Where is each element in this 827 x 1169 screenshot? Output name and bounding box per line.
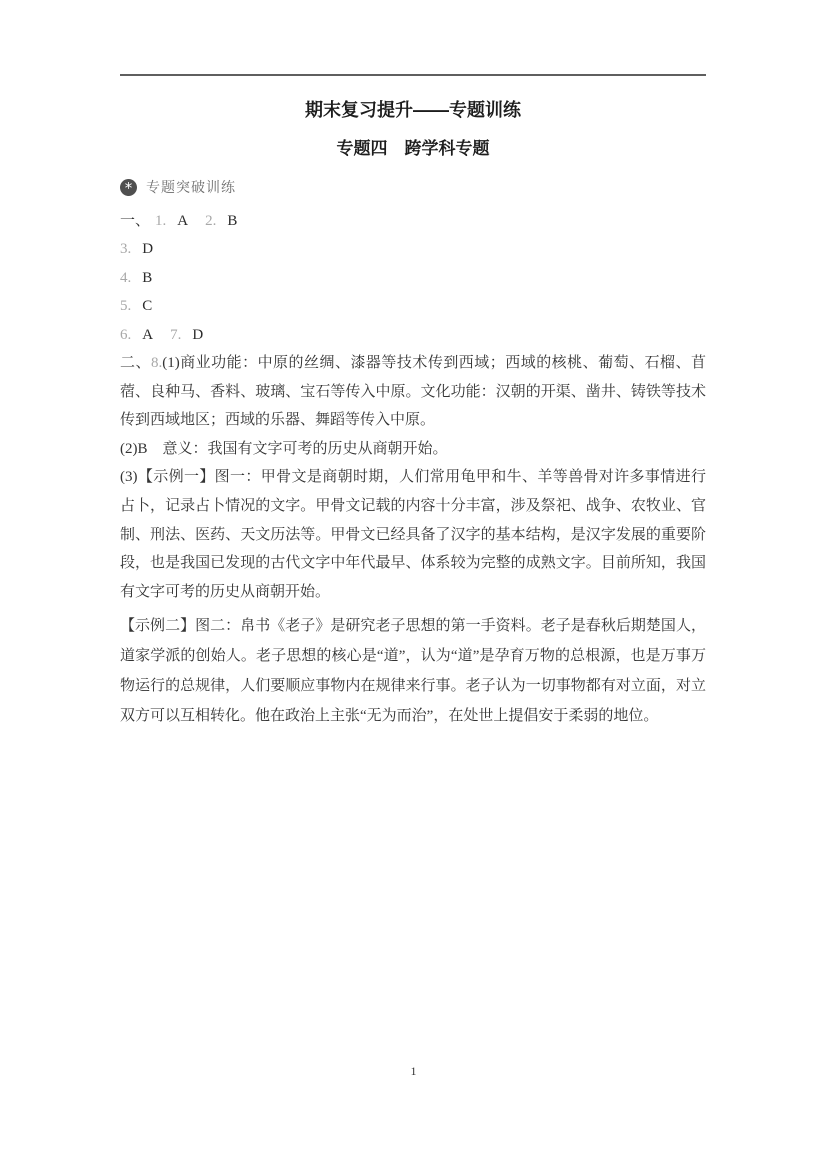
question-number: 4.	[120, 270, 131, 286]
answer-text: (1)商业功能：中原的丝绸、漆器等技术传到西域；西域的核桃、葡萄、石榴、苜蓿、良…	[120, 355, 706, 428]
answer-row: 4.B	[120, 264, 706, 292]
answer-group-prefix: 一、	[120, 213, 150, 229]
document-page: 期末复习提升——专题训练 专题四 跨学科专题 * 专题突破训练 一、1.A2.B…	[0, 0, 827, 1169]
answer-letter: D	[142, 241, 153, 257]
question-number: 5.	[120, 298, 131, 314]
asterisk-badge-icon: *	[120, 179, 137, 196]
answer-row: 6.A7.D	[120, 321, 706, 349]
answer-row: 一、1.A2.B	[120, 207, 706, 235]
section-two-prefix: 二、	[120, 355, 151, 371]
answer-paragraph-q8-3-example2: 【示例二】图二：帛书《老子》是研究老子思想的第一手资料。老子是春秋后期楚国人，道…	[120, 612, 706, 731]
answer-row: 5.C	[120, 292, 706, 320]
question-number: 2.	[205, 213, 216, 229]
question-number: 7.	[170, 327, 181, 343]
answer-letter: D	[192, 327, 203, 343]
section-header: * 专题突破训练	[120, 178, 706, 196]
page-subtitle: 专题四 跨学科专题	[120, 138, 706, 160]
top-rule-divider	[120, 74, 706, 76]
page-content: 期末复习提升——专题训练 专题四 跨学科专题 * 专题突破训练 一、1.A2.B…	[0, 74, 827, 732]
answer-paragraph-q8-2: (2)B 意义：我国有文字可考的历史从商朝开始。	[120, 435, 706, 464]
answer-paragraph-q8-3-example1: (3)【示例一】图一：甲骨文是商朝时期，人们常用龟甲和牛、羊等兽骨对许多事情进行…	[120, 463, 706, 606]
question-number: 6.	[120, 327, 131, 343]
answer-letter: B	[227, 213, 237, 229]
question-number: 1.	[155, 213, 166, 229]
page-number: 1	[0, 1064, 827, 1079]
answer-letter: A	[177, 213, 188, 229]
answer-letter: B	[142, 270, 152, 286]
page-title: 期末复习提升——专题训练	[120, 98, 706, 122]
answer-letter: A	[142, 327, 153, 343]
answer-row: 3.D	[120, 235, 706, 263]
section-label: 专题突破训练	[146, 177, 236, 197]
answer-paragraph-q8: 二、8.(1)商业功能：中原的丝绸、漆器等技术传到西域；西域的核桃、葡萄、石榴、…	[120, 349, 706, 435]
question-number: 8.	[151, 355, 162, 371]
answer-letter: C	[142, 298, 152, 314]
question-number: 3.	[120, 241, 131, 257]
answer-list: 一、1.A2.B 3.D 4.B 5.C 6.A7.D	[120, 207, 706, 349]
